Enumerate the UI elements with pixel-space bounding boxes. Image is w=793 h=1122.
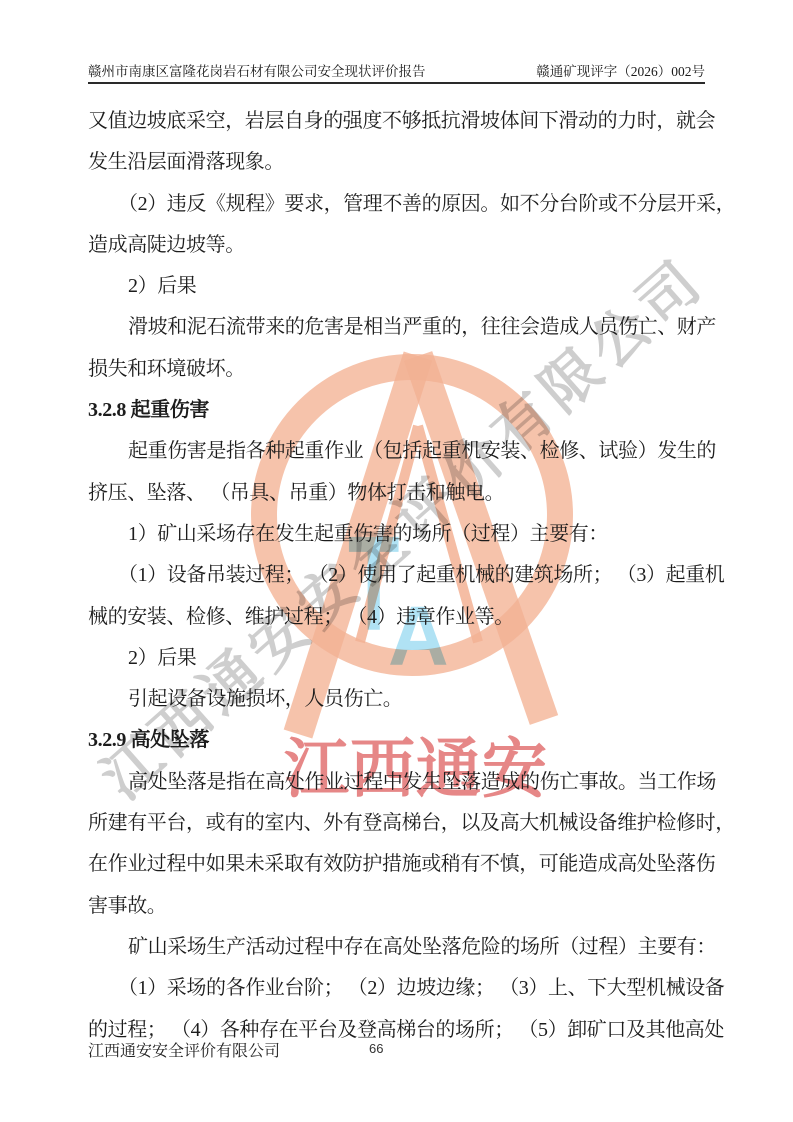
header-doc-number: 赣通矿现评字（2026）002号 [536, 60, 705, 80]
text-line: 1）矿山采场存在发生起重伤害的场所（过程）主要有： [88, 514, 714, 555]
text-line: 又值边坡底采空，岩层自身的强度不够抵抗滑坡体间下滑动的力时，就会 [88, 101, 714, 142]
text-line: 造成高陡边坡等。 [88, 225, 714, 266]
text-line: 高处坠落是指在高处作业过程中发生坠落造成的伤亡事故。当工作场 [88, 762, 714, 803]
text-line: （2）违反《规程》要求，管理不善的原因。如不分台阶或不分层开采， [88, 184, 714, 225]
header-rule [88, 82, 705, 84]
text-line: 矿山采场生产活动过程中存在高处坠落危险的场所（过程）主要有： [88, 927, 714, 968]
text-line: （1）采场的各作业台阶； （2）边坡边缘； （3）上、下大型机械设备 [88, 968, 714, 1009]
text-line: （1）设备吊装过程； （2）使用了起重机械的建筑场所； （3）起重机 [88, 555, 714, 596]
text-line: 2）后果 [88, 638, 714, 679]
text-line: 滑坡和泥石流带来的危害是相当严重的，往往会造成人员伤亡、财产 [88, 307, 714, 348]
footer-company-name: 江西通安安全评价有限公司 [88, 1038, 280, 1061]
text-line: 引起设备设施损坏，人员伤亡。 [88, 679, 714, 720]
header-report-title: 赣州市南康区富隆花岗岩石材有限公司安全现状评价报告 [88, 60, 426, 80]
text-line: 在作业过程中如果未采取有效防护措施或稍有不慎，可能造成高处坠落伤 [88, 844, 714, 885]
section-heading: 3.2.8 起重伤害 [88, 390, 714, 431]
text-line: 所建有平台，或有的室内、外有登高梯台，以及高大机械设备维护检修时， [88, 803, 714, 844]
footer-page-number: 66 [369, 1041, 383, 1056]
document-body: 又值边坡底采空，岩层自身的强度不够抵抗滑坡体间下滑动的力时，就会发生沿层面滑落现… [88, 101, 714, 1051]
text-line: 械的安装、检修、维护过程； （4）违章作业等。 [88, 597, 714, 638]
text-line: 发生沿层面滑落现象。 [88, 142, 714, 183]
text-line: 挤压、坠落、 （吊具、吊重）物体打击和触电。 [88, 473, 714, 514]
text-line: 损失和环境破坏。 [88, 349, 714, 390]
section-heading: 3.2.9 高处坠落 [88, 720, 714, 761]
text-line: 害事故。 [88, 886, 714, 927]
document-page: 赣州市南康区富隆花岗岩石材有限公司安全现状评价报告 赣通矿现评字（2026）00… [0, 0, 793, 1122]
text-line: 起重伤害是指各种起重作业（包括起重机安装、检修、试验）发生的 [88, 431, 714, 472]
text-line: 2）后果 [88, 266, 714, 307]
